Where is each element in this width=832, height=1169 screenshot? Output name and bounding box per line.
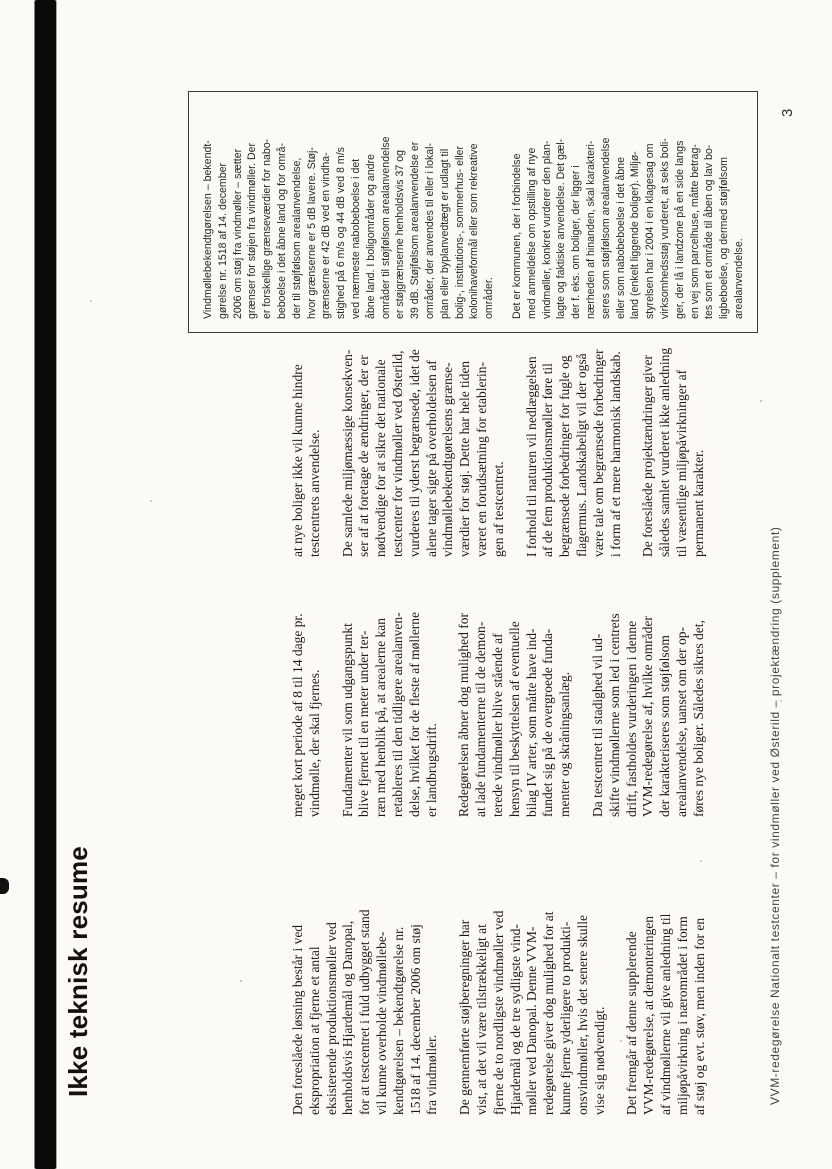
infobox-paragraph: Det er kommunen, der i forbindelse med a… (510, 105, 747, 319)
report-footer: VVM-redegørelse Nationalt testcenter – f… (768, 527, 782, 1106)
body-paragraph: De foreslåede projektændringer giver sål… (640, 302, 707, 557)
body-paragraph: Redegørelsen åbner dog mulighed for at l… (456, 542, 574, 817)
page-number: 3 (779, 109, 796, 117)
scanned-document-page: Ikke teknisk resume Den foreslåede løsni… (0, 0, 832, 1169)
noise-regulation-infobox: Vindmøllebekendtgørelsen – bekendt- gøre… (188, 91, 758, 333)
body-paragraph: De gennemførte støjberegninger har vist,… (457, 825, 608, 1115)
body-paragraph: meget kort periode af 8 til 14 dage pr. … (290, 542, 324, 817)
body-paragraph: Fundamenter vil som udgangspunkt blive f… (340, 542, 441, 817)
body-paragraph: Da testcentret til stadighed vil ud- ski… (590, 542, 708, 817)
body-paragraph: at nye boliger ikke vil kunne hindre tes… (290, 302, 324, 557)
rotated-page-content: Ikke teknisk resume Den foreslåede løsni… (0, 0, 832, 1169)
body-paragraph: De samlede miljømæssige konsekven- ser a… (340, 302, 508, 557)
body-paragraph: I forhold til naturen vil nedlæggelsen a… (524, 302, 625, 557)
text-column-3: at nye boliger ikke vil kunne hindre tes… (290, 302, 724, 557)
infobox-paragraph: Vindmøllebekendtgørelsen – bekendt- gøre… (201, 105, 497, 319)
section-title: Ikke teknisk resume (63, 846, 94, 1097)
text-column-1: Den foreslåede løsning består i ved eksp… (290, 825, 724, 1115)
body-paragraph: Det fremgår af denne supplerende VVM-red… (624, 825, 708, 1115)
body-paragraph: Den foreslåede løsning består i ved eksp… (290, 825, 441, 1115)
text-column-2: meget kort periode af 8 til 14 dage pr. … (290, 542, 724, 817)
